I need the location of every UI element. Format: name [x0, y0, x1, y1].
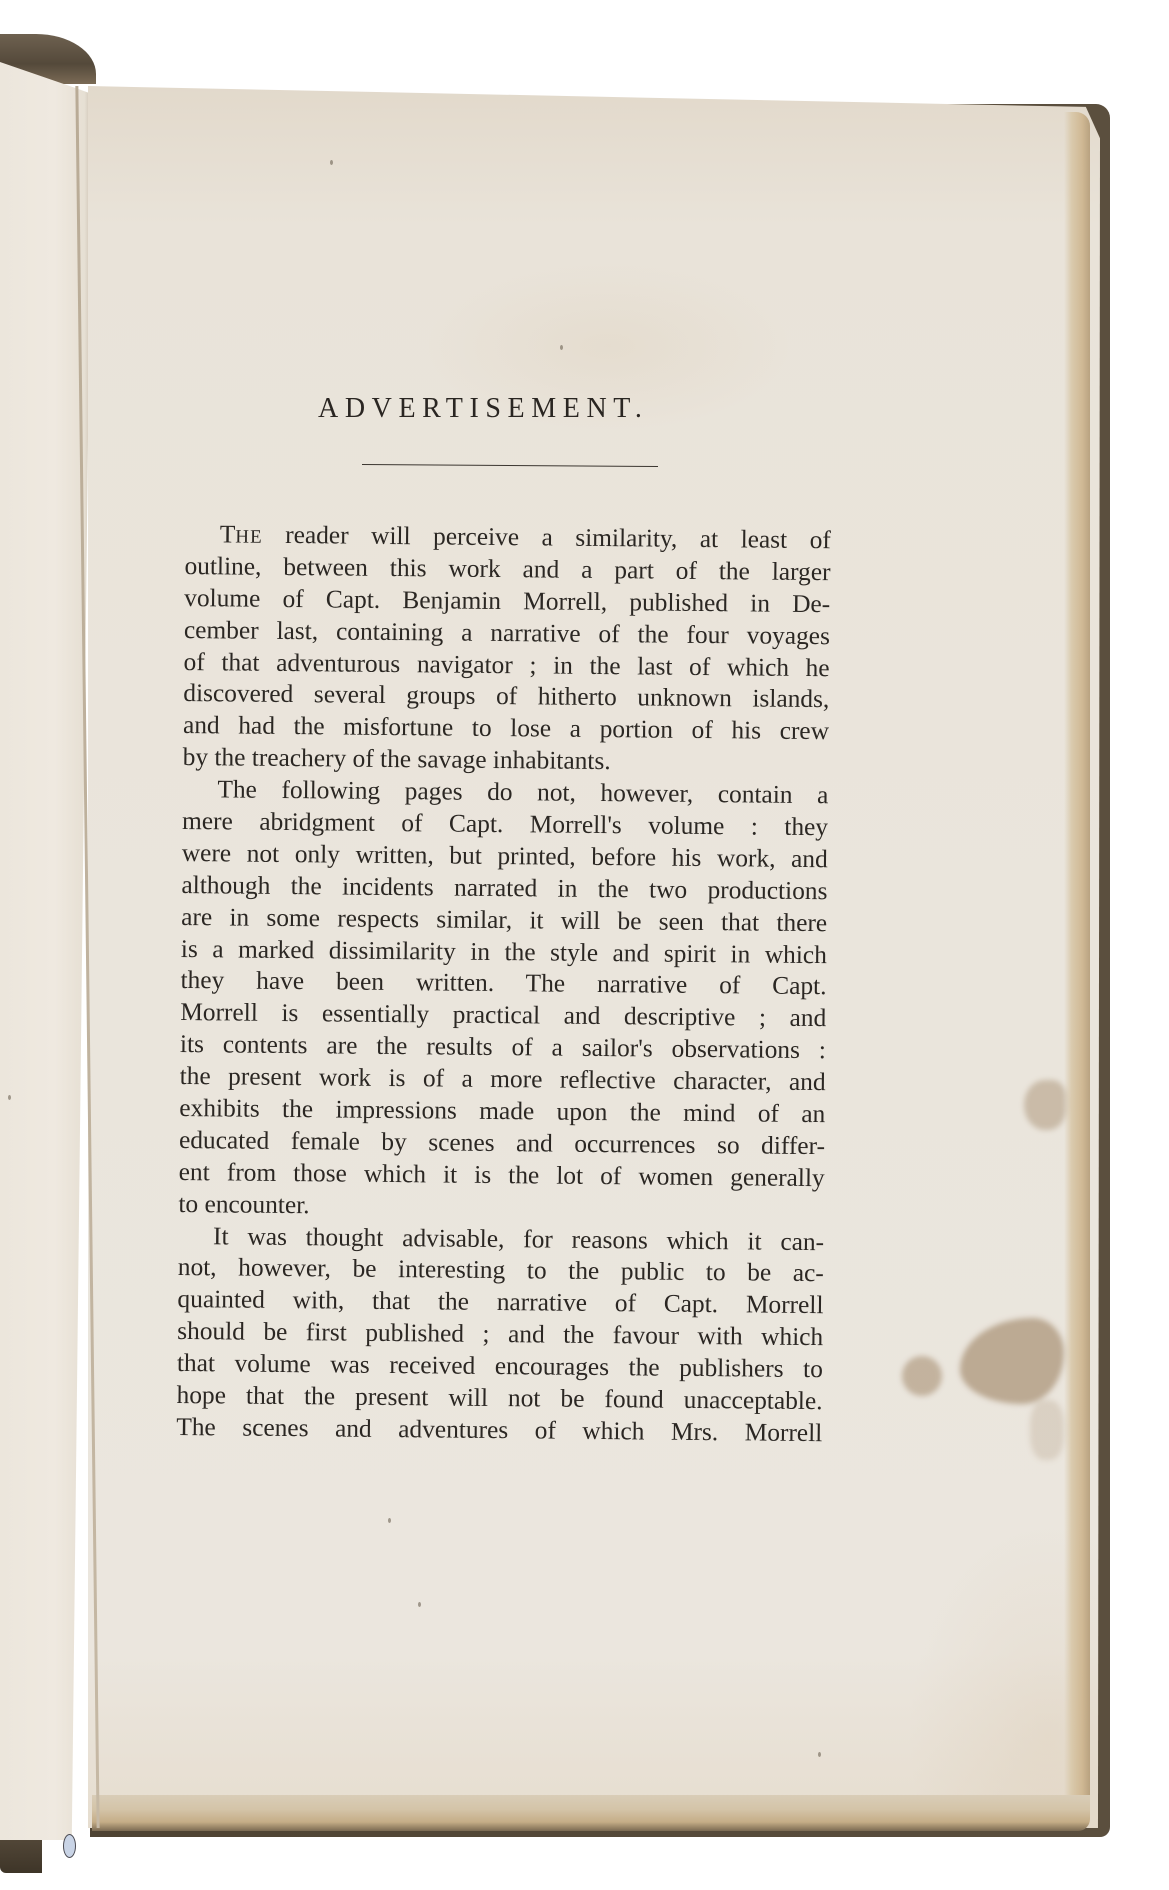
- foxing-stain: [1024, 1080, 1066, 1130]
- smallcaps-lead: THE: [220, 520, 263, 548]
- bookmark-loop: [63, 1834, 76, 1858]
- body-text: THE reader will perceive a similarity, a…: [176, 519, 831, 1450]
- speck: [418, 1602, 421, 1607]
- foxing-stain: [1030, 1400, 1064, 1460]
- speck: [8, 1095, 11, 1100]
- speck: [388, 1518, 391, 1523]
- page-bottom-edge: [92, 1795, 1090, 1831]
- speck: [560, 345, 563, 350]
- page-heading: ADVERTISEMENT.: [318, 393, 718, 425]
- speck: [818, 1752, 821, 1757]
- text-line: The scenes and adventures of which Mrs. …: [176, 1412, 822, 1450]
- foxing-stain: [902, 1356, 942, 1396]
- page-fore-edge: [1064, 112, 1090, 1824]
- speck: [330, 160, 333, 165]
